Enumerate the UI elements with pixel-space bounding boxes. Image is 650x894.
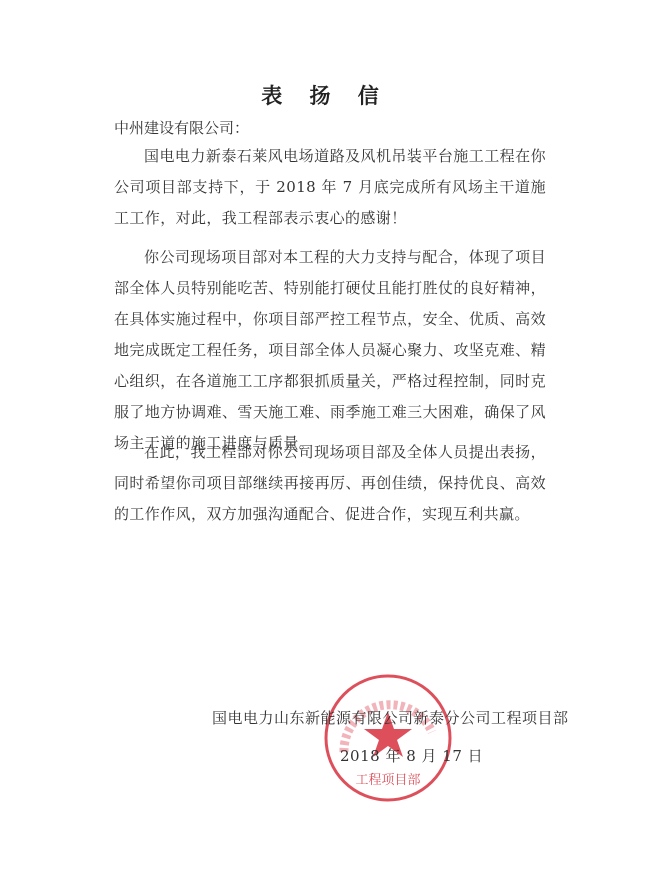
paragraph-1: 国电电力新泰石莱风电场道路及风机吊装平台施工工程在你公司项目部支持下，于 201… <box>114 141 546 234</box>
letter-title: 表 扬 信 <box>0 80 650 110</box>
paragraph-2: 你公司现场项目部对本工程的大力支持与配合，体现了项目部全体人员特别能吃苦、特别能… <box>114 242 546 459</box>
official-stamp: 工程项目部 <box>322 672 454 804</box>
salutation: 中州建设有限公司： <box>114 117 249 138</box>
paragraph-3: 在此，我工程部对你公司现场项目部及全体人员提出表扬，同时希望你司项目部继续再接再… <box>114 437 546 530</box>
stamp-text: 工程项目部 <box>355 773 420 788</box>
date: 2018 年 8 月 17 日 <box>340 745 483 766</box>
stamp-icon: 工程项目部 <box>322 672 454 804</box>
signature: 国电电力山东新能源有限公司新泰分公司工程项目部 <box>212 707 569 728</box>
